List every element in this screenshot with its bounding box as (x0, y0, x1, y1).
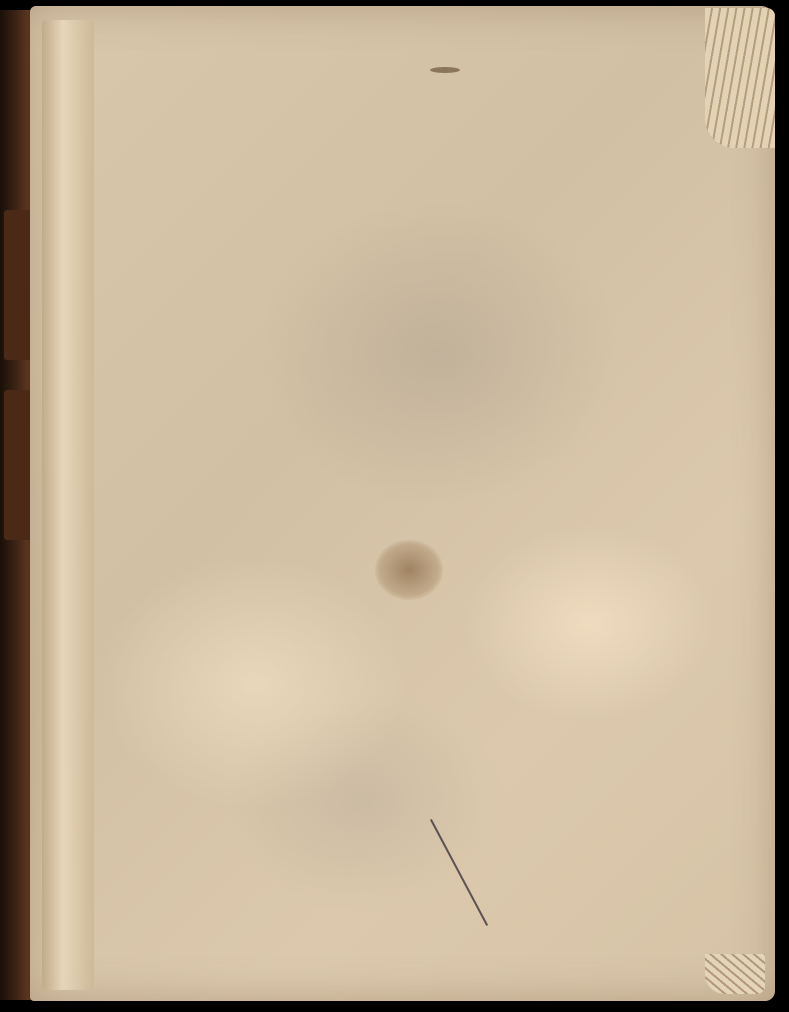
ink-mark (430, 67, 460, 73)
torn-left-edge (42, 20, 94, 990)
dog-eared-top-right-corner (705, 8, 775, 148)
water-stain (375, 540, 443, 600)
worn-bottom-right-corner (705, 954, 765, 994)
book-page (30, 6, 775, 1001)
